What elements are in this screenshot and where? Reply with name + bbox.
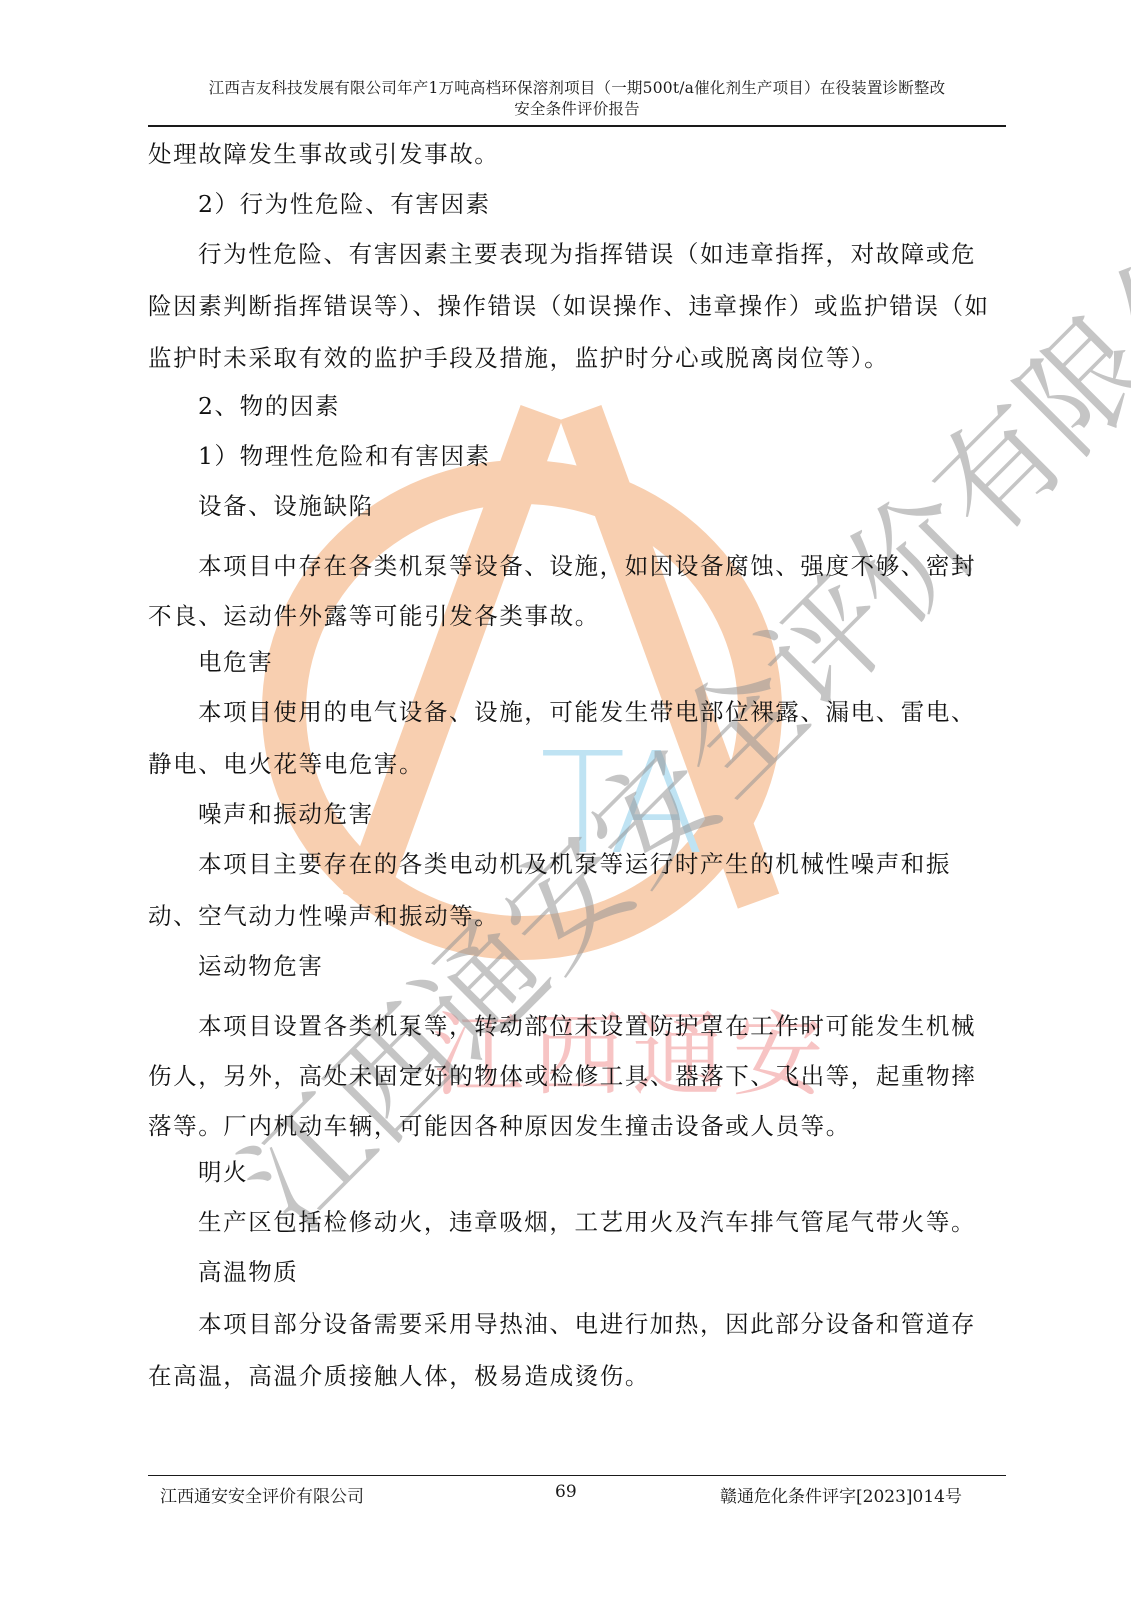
text-line: 落等。厂内机动车辆，可能因各种原因发生撞击设备或人员等。 xyxy=(148,1100,1006,1152)
subheading: 电危害 xyxy=(148,636,1006,688)
text-line: 险因素判断指挥错误等）、操作错误（如误操作、违章操作）或监护错误（如 xyxy=(148,280,1006,332)
text-line: 静电、电火花等电危害。 xyxy=(148,738,1006,790)
section-heading: 1）物理性危险和有害因素 xyxy=(148,430,1006,482)
text-line: 处理故障发生事故或引发事故。 xyxy=(148,128,1006,180)
subheading: 明火 xyxy=(148,1146,1006,1198)
text-line: 生产区包括检修动火，违章吸烟，工艺用火及汽车排气管尾气带火等。 xyxy=(148,1196,1006,1248)
header-title-line2: 安全条件评价报告 xyxy=(148,99,1006,120)
text-line: 伤人，另外，高处未固定好的物体或检修工具、器落下、飞出等，起重物摔 xyxy=(148,1050,1006,1102)
subheading: 设备、设施缺陷 xyxy=(148,480,1006,532)
page-number: 69 xyxy=(555,1482,577,1502)
text-line: 本项目主要存在的各类电动机及机泵等运行时产生的机械性噪声和振 xyxy=(148,838,1006,890)
footer-company: 江西通安安全评价有限公司 xyxy=(160,1482,364,1507)
text-line: 本项目设置各类机泵等，转动部位未设置防护罩在工作时可能发生机械 xyxy=(148,1000,1006,1052)
footer-doc-number: 赣通危化条件评字[2023]014号 xyxy=(720,1482,962,1507)
text-line: 在高温，高温介质接触人体，极易造成烫伤。 xyxy=(148,1350,1006,1402)
text-line: 动、空气动力性噪声和振动等。 xyxy=(148,890,1006,942)
subheading: 高温物质 xyxy=(148,1246,1006,1298)
text-line: 监护时未采取有效的监护手段及措施，监护时分心或脱离岗位等）。 xyxy=(148,332,1006,384)
subheading: 噪声和振动危害 xyxy=(148,788,1006,840)
running-header: 江西吉友科技发展有限公司年产1万吨高档环保溶剂项目（一期500t/a催化剂生产项… xyxy=(148,78,1006,120)
section-heading: 2、物的因素 xyxy=(148,380,1006,432)
footer-rule xyxy=(148,1475,1006,1476)
text-line: 本项目中存在各类机泵等设备、设施，如因设备腐蚀、强度不够、密封 xyxy=(148,540,1006,592)
text-line: 行为性危险、有害因素主要表现为指挥错误（如违章指挥，对故障或危 xyxy=(148,228,1006,280)
document-page: 江西吉友科技发展有限公司年产1万吨高档环保溶剂项目（一期500t/a催化剂生产项… xyxy=(0,0,1131,1600)
text-line: 本项目使用的电气设备、设施，可能发生带电部位裸露、漏电、雷电、 xyxy=(148,686,1006,738)
section-heading: 2）行为性危险、有害因素 xyxy=(148,178,1006,230)
text-line: 不良、运动件外露等可能引发各类事故。 xyxy=(148,590,1006,642)
header-rule xyxy=(148,125,1006,127)
subheading: 运动物危害 xyxy=(148,940,1006,992)
text-line: 本项目部分设备需要采用导热油、电进行加热，因此部分设备和管道存 xyxy=(148,1298,1006,1350)
header-title-line1: 江西吉友科技发展有限公司年产1万吨高档环保溶剂项目（一期500t/a催化剂生产项… xyxy=(148,78,1006,99)
